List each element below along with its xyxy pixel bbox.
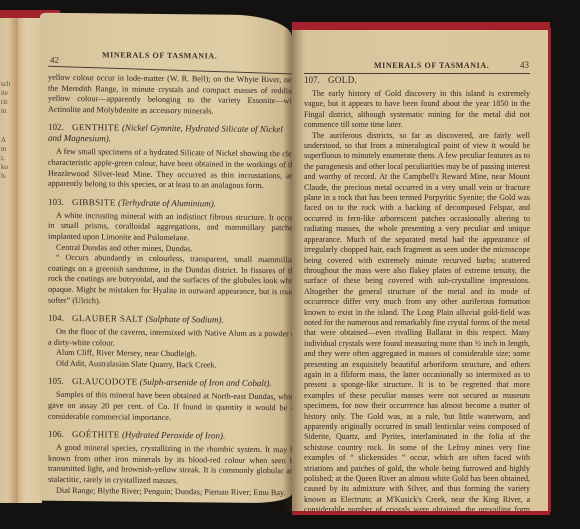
book-cover-bottom-edge — [292, 511, 550, 515]
edge-gap — [1, 116, 10, 136]
entry-name: GLAUBER SALT — [72, 313, 143, 324]
right-page: MINERALS OF TASMANIA. 43 107. GOLD. The … — [292, 30, 548, 511]
book-cover-right-edge — [548, 28, 551, 512]
page-number: 43 — [520, 60, 529, 70]
edge-line: A — [1, 136, 10, 145]
edge-line: r, — [1, 154, 10, 163]
running-head: MINERALS OF TASMANIA. — [102, 50, 217, 60]
entry-name: GIBBSITE — [72, 197, 116, 207]
entry-description: (Terhydrate of Aluminium). — [118, 197, 216, 208]
entry-heading-105: 105. GLAUCODOTE (Sulph-arsenide of Iron … — [48, 376, 292, 390]
continuation-paragraph: yellow colour occur in lode-matter (W. R… — [48, 73, 292, 118]
entry-number: 106. — [48, 429, 64, 439]
entry-heading-107: 107. GOLD. — [304, 75, 530, 86]
book-cover-top-edge — [292, 22, 550, 30]
entry-heading-103: 103. GIBBSITE (Terhydrate of Aluminium). — [48, 197, 292, 211]
left-page: 42 MINERALS OF TASMANIA. yellow colour o… — [40, 13, 292, 504]
running-head: MINERALS OF TASMANIA. — [374, 61, 489, 70]
entry-description: (Sulph-arsenide of Iron and Cobalt). — [140, 377, 272, 388]
book-gutter-shadow — [283, 30, 305, 512]
edge-line: ko — [1, 163, 10, 172]
entry-paragraph: A white incrusting mineral with an indis… — [48, 211, 292, 245]
entry-heading-102: 102. GENTHITE (Nickel Gymnite, Hydrated … — [48, 122, 292, 147]
entry-heading-104: 104. GLAUBER SALT (Sulphate of Sodium). — [48, 313, 292, 327]
entry-quote: “ Occurs abundantly in colourless, trans… — [48, 253, 292, 309]
entry-paragraph: Samples of this mineral have been obtain… — [48, 390, 292, 424]
entry-paragraph: A good mineral species, crystallizing in… — [48, 443, 292, 488]
left-page-body: yellow colour occur in lode-matter (W. R… — [48, 73, 292, 499]
right-page-body: 107. GOLD. The early history of Gold dis… — [304, 75, 530, 511]
entry-heading-106: 106. GOÉTHITE (Hydrated Peroxide of Iron… — [48, 429, 292, 443]
edge-line: ric — [1, 98, 10, 107]
entry-number: 107. — [304, 75, 320, 85]
entry-paragraph: The auriferous districts, so far as disc… — [304, 131, 530, 511]
entry-name: GOÉTHITE — [72, 429, 120, 439]
entry-name: GOLD. — [328, 75, 357, 85]
entry-description: (Hydrated Peroxide of Iron). — [122, 430, 225, 441]
page-stack-edge: sch ite ric m A m r, ko ls — [0, 18, 42, 503]
edge-line: m — [1, 107, 10, 116]
edge-text-fragment: sch ite ric m A m r, ko ls — [1, 80, 10, 181]
header-rule — [304, 73, 530, 74]
edge-line: ite — [1, 89, 10, 98]
entry-locality: Old Adit, Australasian Slate Quarry, Bac… — [48, 359, 292, 372]
page-number: 42 — [50, 55, 59, 65]
entry-number: 104. — [48, 313, 64, 323]
entry-number: 105. — [48, 376, 64, 386]
edge-line: sch — [1, 80, 10, 89]
entry-number: 102. — [48, 122, 64, 132]
entry-paragraph: The early history of Gold discovery in t… — [304, 89, 530, 131]
entry-paragraph: A few small specimens of a hydrated Sili… — [48, 147, 292, 192]
entry-name: GENTHITE — [72, 122, 120, 132]
edge-line: ls — [1, 172, 10, 181]
entry-locality: Dial Range; Blythe River; Penguin; Dunda… — [48, 485, 292, 498]
entry-name: GLAUCODOTE — [72, 376, 138, 387]
edge-line: m — [1, 145, 10, 154]
entry-number: 103. — [48, 197, 64, 207]
entry-paragraph: On the floor of the caverns, intermixed … — [48, 327, 292, 351]
entry-description: (Sulphate of Sodium). — [145, 314, 223, 325]
